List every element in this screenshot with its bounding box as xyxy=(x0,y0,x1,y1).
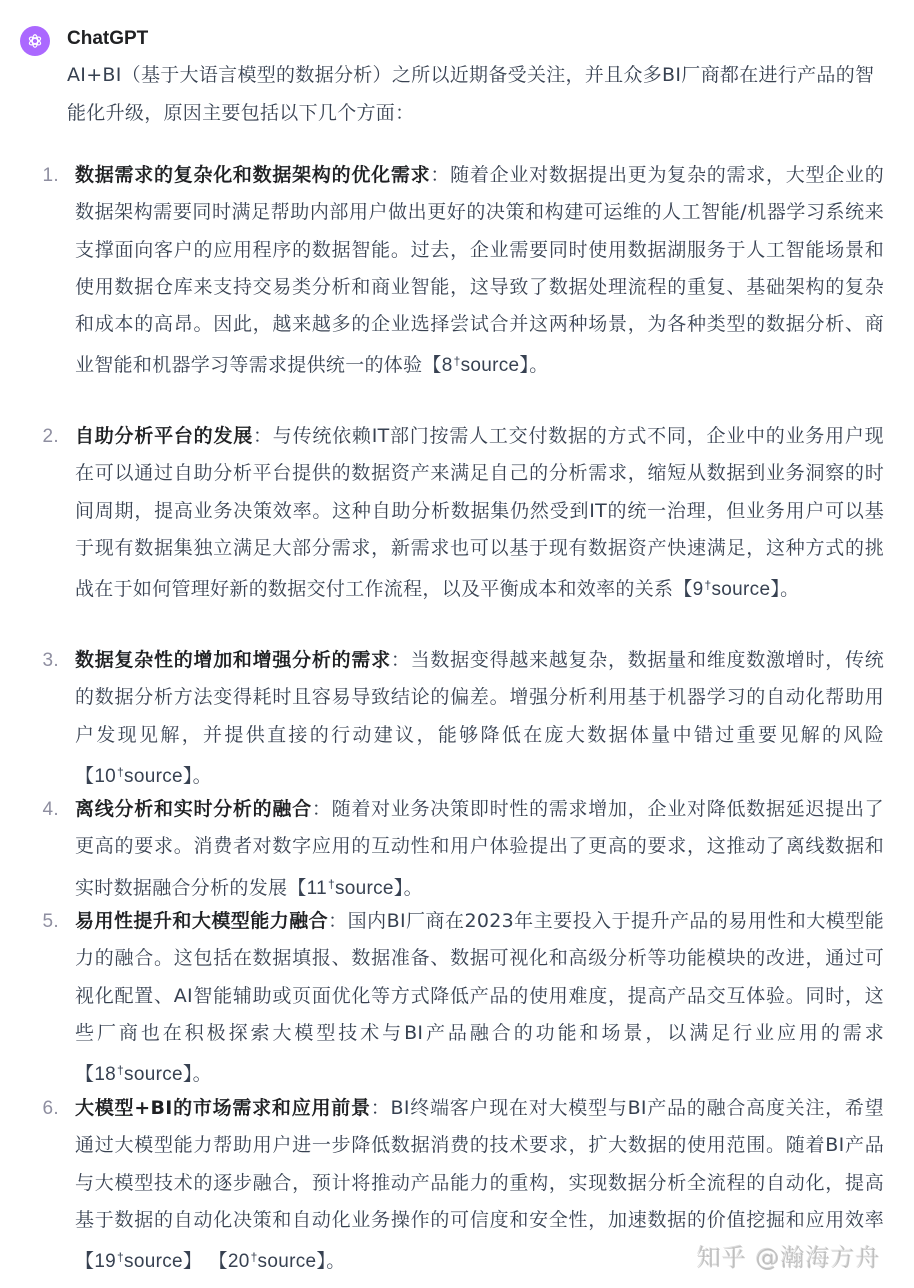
item-text: 与传统依赖IT部门按需人工交付数据的方式不同，企业中的业务用户现在可以通过自助分… xyxy=(75,425,884,600)
chatgpt-avatar xyxy=(20,26,50,56)
list-number: 4. xyxy=(21,791,59,828)
item-title: 离线分析和实时分析的融合 xyxy=(75,798,312,820)
citation-link[interactable]: 【18†source】 xyxy=(75,1064,193,1085)
list-number: 2. xyxy=(21,418,59,455)
item-text: 随着企业对数据提出更为复杂的需求，大型企业的数据架构需要同时满足帮助内部用户做出… xyxy=(75,164,884,376)
item-title: 自助分析平台的发展 xyxy=(75,425,253,447)
citation-link[interactable]: 【20†source】 xyxy=(209,1251,327,1272)
list-number: 1. xyxy=(21,157,59,194)
list-item: 4. 离线分析和实时分析的融合：随着对业务决策即时性的需求增加，企业对降低数据延… xyxy=(42,791,884,907)
item-title: 数据复杂性的增加和增强分析的需求 xyxy=(75,649,391,671)
citation-link[interactable]: 【19†source】 xyxy=(75,1251,202,1272)
list-item: 5. 易用性提升和大模型能力融合：国内BI厂商在2023年主要投入于提升产品的易… xyxy=(42,903,884,1093)
item-title: 易用性提升和大模型能力融合 xyxy=(75,910,328,932)
citation-link[interactable]: 【9†source】 xyxy=(673,579,780,600)
message-author: ChatGPT xyxy=(67,28,148,50)
list-item: 1. 数据需求的复杂化和数据架构的优化需求：随着企业对数据提出更为复杂的需求，大… xyxy=(42,157,884,385)
list-item: 3. 数据复杂性的增加和增强分析的需求：当数据变得越来越复杂，数据量和维度数激增… xyxy=(42,642,884,795)
intro-paragraph: AI+BI（基于大语言模型的数据分析）之所以近期备受关注，并且众多BI厂商都在进… xyxy=(67,57,887,132)
zhihu-watermark: 知乎 @瀚海方舟 xyxy=(697,1238,881,1273)
list-number: 3. xyxy=(21,642,59,679)
list-number: 6. xyxy=(21,1090,59,1127)
citation-link[interactable]: 【11†source】 xyxy=(287,878,403,899)
openai-logo-icon xyxy=(25,31,45,51)
message-content: AI+BI（基于大语言模型的数据分析）之所以近期备受关注，并且众多BI厂商都在进… xyxy=(67,57,887,132)
citation-link[interactable]: 【8†source】 xyxy=(422,355,529,376)
list-item: 2. 自助分析平台的发展：与传统依赖IT部门按需人工交付数据的方式不同，企业中的… xyxy=(42,418,884,608)
citation-link[interactable]: 【10†source】 xyxy=(75,766,193,787)
item-title: 大模型+BI的市场需求和应用前景 xyxy=(75,1097,371,1119)
item-title: 数据需求的复杂化和数据架构的优化需求 xyxy=(75,164,430,186)
list-number: 5. xyxy=(21,903,59,940)
